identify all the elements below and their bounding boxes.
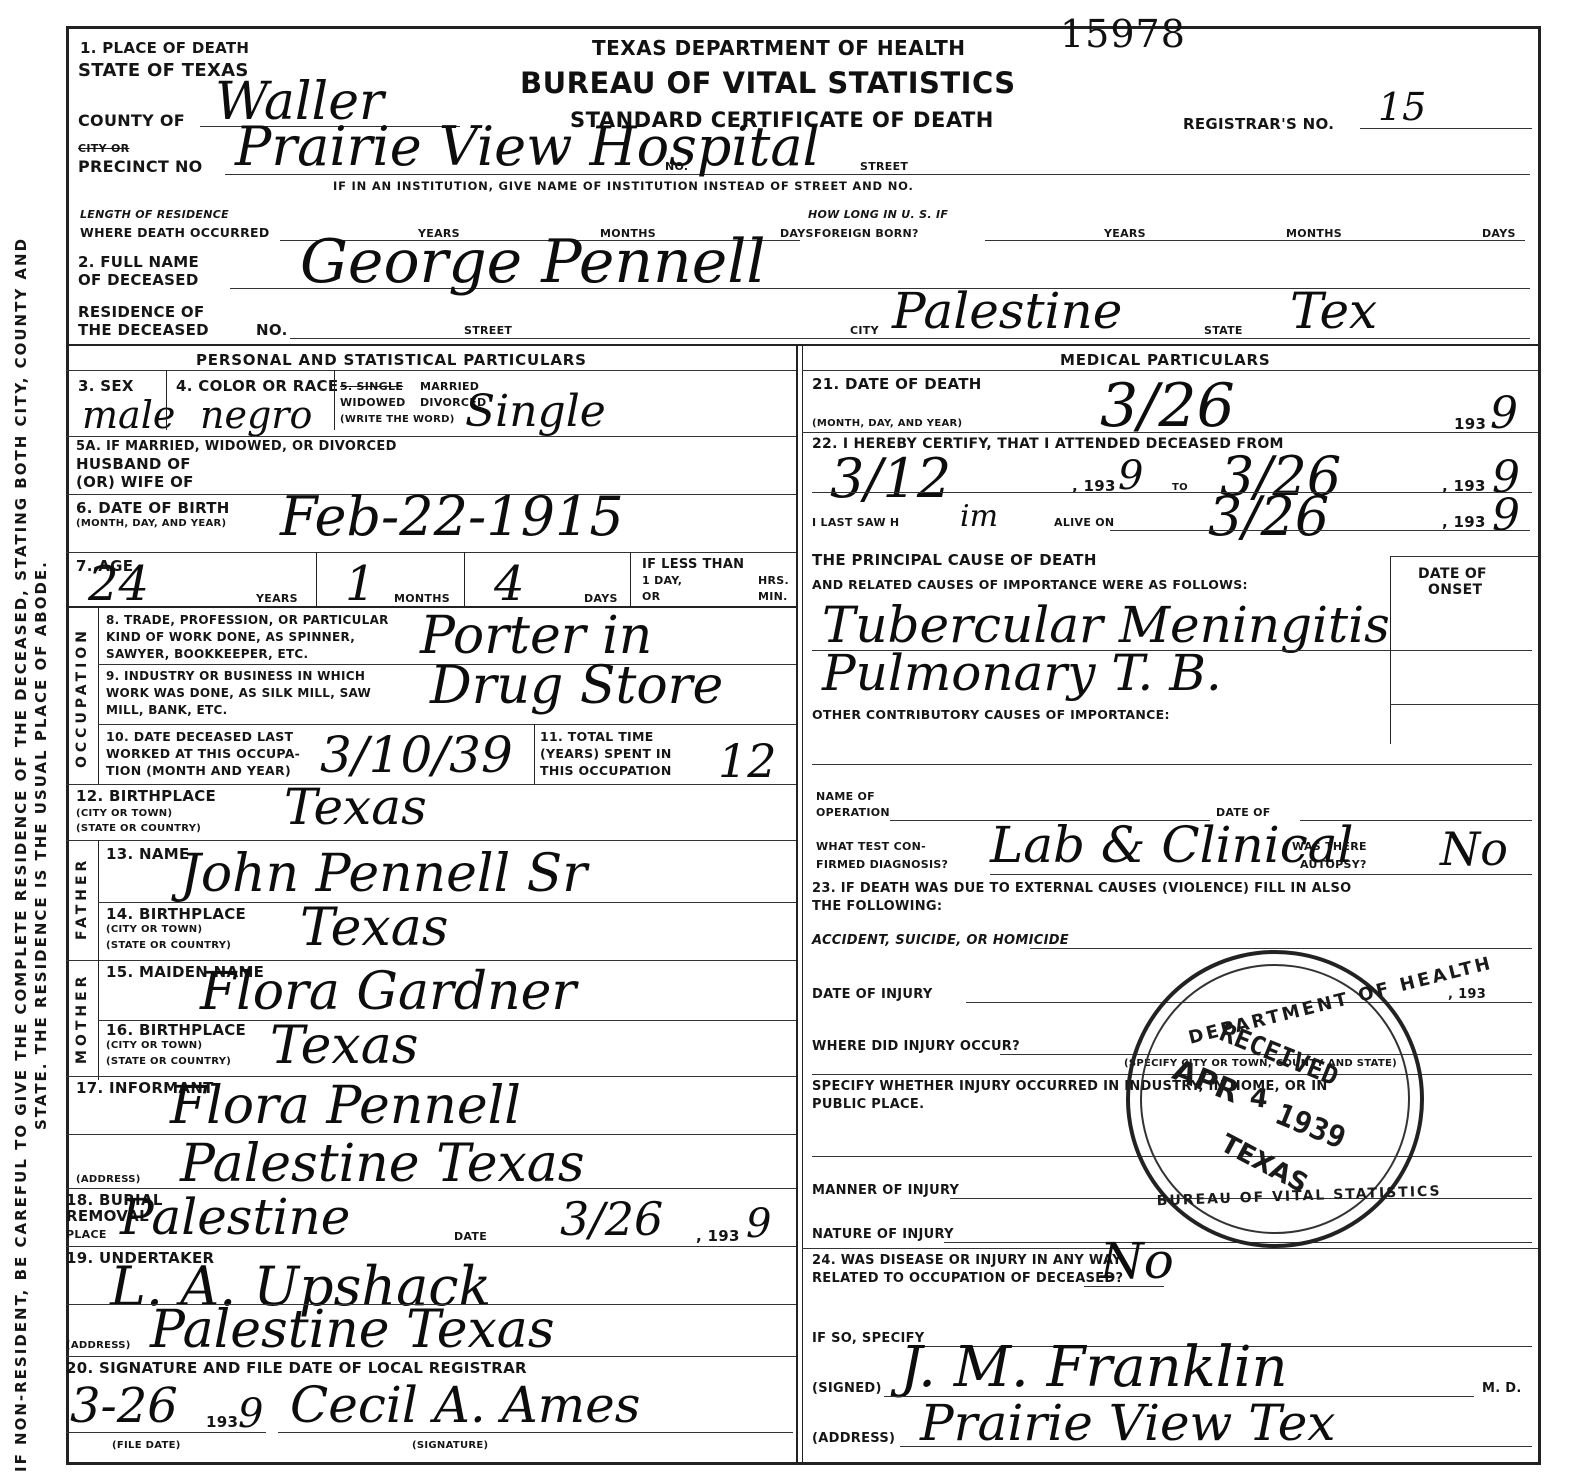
trade-label-2: KIND OF WORK DONE, AS SPINNER,	[106, 631, 355, 644]
contributory-label: OTHER CONTRIBUTORY CAUSES OF IMPORTANCE:	[812, 708, 1170, 721]
trade-label-3: SAWYER, BOOKKEEPER, ETC.	[106, 648, 308, 661]
institution-value: Prairie View Hospital	[235, 120, 820, 174]
bureau-title: BUREAU OF VITAL STATISTICS	[520, 66, 1016, 100]
precinct-label: PRECINCT NO	[78, 158, 203, 175]
column-divider	[796, 344, 798, 1462]
injury-date-label: DATE OF INJURY	[812, 988, 933, 1001]
father-name-label: 13. NAME	[106, 846, 190, 863]
husband-of-label: HUSBAND OF	[76, 456, 191, 473]
age-divider-3	[630, 552, 631, 606]
birthplace-underline	[66, 840, 796, 841]
injury-year: , 193	[1448, 988, 1486, 1001]
where-death-occurred-label: WHERE DEATH OCCURRED	[80, 226, 270, 239]
occupation-related-label-2: RELATED TO OCCUPATION OF DECEASED?	[812, 1272, 1123, 1285]
undertaker-address-value: Palestine Texas	[150, 1304, 555, 1356]
precinct-no-label: NO.	[665, 160, 688, 173]
manner-label: MANNER OF INJURY	[812, 1184, 959, 1197]
autopsy-label-1: WAS THERE	[1292, 840, 1367, 853]
physician-signature: J. M. Franklin	[900, 1340, 1288, 1396]
father-birthplace-value: Texas	[300, 902, 448, 954]
physician-address-underline	[900, 1446, 1532, 1447]
burial-date-value: 3/26	[560, 1196, 663, 1242]
death-date-underline	[802, 432, 1538, 433]
form-border-bottom	[66, 1462, 1541, 1465]
operation-label-1: NAME OF	[816, 790, 875, 803]
file-date-underline	[66, 1432, 266, 1433]
foreign-born-label: FOREIGN BORN?	[814, 227, 919, 240]
form-border-left	[66, 26, 69, 1463]
dob-sublabel: (MONTH, DAY, AND YEAR)	[76, 518, 226, 530]
father-side-divider	[98, 840, 99, 960]
age-days-value: 4	[494, 560, 525, 608]
industry-label-3: MILL, BANK, ETC.	[106, 704, 228, 717]
undertaker-address-underline	[66, 1356, 796, 1357]
us-months-label: MONTHS	[1286, 227, 1342, 240]
death-year-suffix: 9	[1490, 392, 1518, 436]
specify-label-2: PUBLIC PLACE.	[812, 1098, 924, 1111]
precinct-street-label: STREET	[860, 160, 908, 173]
undertaker-address-label: (ADDRESS)	[66, 1340, 131, 1352]
father-side-label: FATHER	[74, 857, 90, 940]
signed-label: (SIGNED)	[812, 1382, 882, 1395]
residence-street-label: STREET	[464, 324, 512, 337]
marital-note: (WRITE THE WORD)	[340, 414, 455, 426]
how-long-in-us-label: HOW LONG IN U. S. IF	[808, 208, 948, 221]
file-date-year-suffix: 9	[238, 1394, 263, 1434]
mother-birthplace-city: (CITY OR TOWN)	[106, 1040, 202, 1052]
informant-address-value: Palestine Texas	[180, 1138, 585, 1190]
cause-line-1: Tubercular Meningitis	[822, 600, 1390, 650]
residence-state-label: STATE	[1204, 324, 1243, 337]
department-title: TEXAS DEPARTMENT OF HEALTH	[592, 36, 966, 60]
file-date-caption: (FILE DATE)	[112, 1440, 181, 1452]
spouse-label: 5A. IF MARRIED, WIDOWED, OR DIVORCED	[76, 440, 397, 453]
less-than-label: IF LESS THAN	[642, 556, 744, 573]
industry-underline	[98, 724, 796, 725]
md-label: M. D.	[1482, 1382, 1522, 1395]
father-birthplace-label: 14. BIRTHPLACE	[106, 906, 246, 923]
last-worked-value: 3/10/39	[320, 730, 513, 780]
row-dob-underline	[66, 552, 796, 553]
county-label: COUNTY OF	[78, 112, 185, 129]
accident-underline	[1030, 948, 1532, 949]
cause-underline-2	[1390, 704, 1538, 705]
alive-on-label: ALIVE ON	[1054, 516, 1114, 529]
burial-place-label: PLACE	[66, 1228, 107, 1241]
total-time-label-3: THIS OCCUPATION	[540, 764, 672, 777]
registrar-signature-underline	[278, 1432, 793, 1433]
attended-underline	[812, 492, 1532, 493]
mother-birthplace-state: (STATE OR COUNTRY)	[106, 1056, 231, 1068]
father-name-value: John Pennell Sr	[180, 848, 587, 900]
registrar-label: REGISTRAR'S NO.	[1183, 116, 1334, 133]
external-label-2: THE FOLLOWING:	[812, 900, 942, 913]
last-worked-label-2: WORKED AT THIS OCCUPA-	[106, 747, 300, 760]
occupation-related-label-1: 24. WAS DISEASE OR INJURY IN ANY WAY	[812, 1254, 1122, 1267]
accident-label: ACCIDENT, SUICIDE, OR HOMICIDE	[812, 934, 1069, 947]
total-time-label-1: 11. TOTAL TIME	[540, 730, 654, 743]
last-saw-pronoun: im	[960, 502, 998, 532]
registrar-number: 15	[1378, 88, 1426, 126]
industry-label-1: 9. INDUSTRY OR BUSINESS IN WHICH	[106, 670, 365, 683]
of-deceased-label: OF DECEASED	[78, 272, 199, 289]
industry-label-2: WORK WAS DONE, AS SILK MILL, SAW	[106, 687, 371, 700]
informant-address-label: (ADDRESS)	[76, 1174, 141, 1186]
operation-label-2: OPERATION	[816, 806, 890, 819]
residence-city-value: Palestine	[892, 286, 1122, 336]
cause-label-1: THE PRINCIPAL CAUSE OF DEATH	[812, 552, 1097, 569]
registrar-signature-value: Cecil A. Ames	[290, 1380, 640, 1430]
age-days-label: DAYS	[584, 592, 618, 605]
trade-label-1: 8. TRADE, PROFESSION, OR PARTICULAR	[106, 614, 389, 627]
last-worked-label-1: 10. DATE DECEASED LAST	[106, 730, 293, 743]
test-underline	[990, 874, 1532, 875]
min-label: MIN.	[758, 590, 788, 603]
personal-title-underline	[66, 370, 796, 371]
residence-label: RESIDENCE OF	[78, 304, 205, 321]
sex-divider	[166, 370, 167, 430]
external-label-1: 23. IF DEATH WAS DUE TO EXTERNAL CAUSES …	[812, 882, 1352, 895]
the-deceased-label: THE DECEASED	[78, 322, 209, 339]
occupation-side-label: OCCUPATION	[74, 627, 90, 768]
from-year-suffix: 9	[1118, 456, 1143, 496]
age-divider-1	[316, 552, 317, 606]
father-birthplace-city: (CITY OR TOWN)	[106, 924, 202, 936]
registrar-signature-label: 20. SIGNATURE AND FILE DATE OF LOCAL REG…	[66, 1360, 527, 1377]
file-date-value: 3-26	[70, 1382, 178, 1430]
column-divider-2	[802, 344, 803, 1462]
last-saw-year-prefix: , 193	[1442, 514, 1486, 531]
signature-caption: (SIGNATURE)	[412, 1440, 488, 1452]
certificate-number: 15978	[1060, 12, 1186, 56]
death-date-label: 21. DATE OF DEATH	[812, 376, 982, 393]
burial-year-suffix: 9	[746, 1204, 771, 1244]
residence-underline	[290, 338, 1530, 339]
birthplace-city-sublabel: (CITY OR TOWN)	[76, 808, 172, 820]
total-time-value: 12	[718, 738, 777, 784]
attended-from-value: 3/12	[830, 452, 951, 506]
last-saw-label: I LAST SAW H	[812, 516, 899, 529]
autopsy-label-2: AUTOPSY?	[1300, 858, 1367, 871]
mother-birthplace-label: 16. BIRTHPLACE	[106, 1022, 246, 1039]
occupation-related-value: No	[1100, 1236, 1174, 1286]
age-months-label: MONTHS	[394, 592, 450, 605]
death-year-prefix: 193	[1454, 416, 1486, 433]
industry-value: Drug Store	[430, 660, 723, 712]
marital-single-label: 5. SINGLE	[340, 380, 403, 393]
race-divider	[334, 370, 335, 430]
wife-of-label: (OR) WIFE OF	[76, 474, 194, 491]
length-of-residence-label: LENGTH OF RESIDENCE	[80, 208, 229, 221]
birthplace-label: 12. BIRTHPLACE	[76, 788, 216, 805]
birthplace-state-sublabel: (STATE OR COUNTRY)	[76, 823, 201, 835]
received-stamp: DEPARTMENT OF HEALTH RECEIVED APR 4 1939…	[1107, 931, 1444, 1268]
city-or-label: CITY OR	[78, 142, 129, 155]
place-of-death-label: 1. PLACE OF DEATH	[80, 40, 249, 57]
one-day-label: 1 DAY,	[642, 574, 682, 587]
total-time-divider	[534, 724, 535, 784]
onset-label-2: ONSET	[1428, 582, 1482, 599]
full-name-label: 2. FULL NAME	[78, 254, 199, 271]
residence-state-value: Tex	[1290, 286, 1377, 336]
onset-top	[1390, 556, 1538, 557]
file-date-year-prefix: 193	[206, 1414, 238, 1431]
autopsy-value: No	[1440, 826, 1508, 872]
cause-line-2: Pulmonary T. B.	[822, 648, 1222, 698]
burial-place-value: Palestine	[120, 1192, 350, 1242]
mother-side-label: MOTHER	[74, 973, 90, 1064]
occupation-side-divider	[98, 606, 99, 784]
marital-widowed-label: WIDOWED	[340, 396, 406, 409]
form-border-top	[66, 26, 1541, 29]
physician-address-label: (ADDRESS)	[812, 1432, 895, 1445]
mother-birthplace-value: Texas	[270, 1020, 418, 1072]
where-injury-label: WHERE DID INJURY OCCUR?	[812, 1040, 1020, 1053]
test-label-1: WHAT TEST CON-	[816, 840, 926, 853]
length-days-label: DAYS	[780, 227, 814, 240]
dob-label: 6. DATE OF BIRTH	[76, 500, 230, 517]
father-birthplace-state: (STATE OR COUNTRY)	[106, 940, 231, 952]
age-years-value: 24	[88, 560, 149, 608]
residence-no-label: NO.	[256, 322, 288, 339]
onset-label-1: DATE OF	[1418, 566, 1487, 583]
death-date-sublabel: (MONTH, DAY, AND YEAR)	[812, 418, 962, 430]
residence-city-label: CITY	[850, 324, 879, 337]
birthplace-value: Texas	[284, 782, 427, 832]
age-years-label: YEARS	[256, 592, 298, 605]
contributory-underline	[812, 764, 1532, 765]
us-years-label: YEARS	[1104, 227, 1146, 240]
last-saw-year-suffix: 9	[1492, 494, 1520, 538]
occupation-related-underline	[1084, 1286, 1164, 1287]
us-days-label: DAYS	[1482, 227, 1516, 240]
informant-name-value: Flora Pennell	[170, 1080, 521, 1132]
trade-value: Porter in	[420, 610, 652, 662]
race-value: negro	[200, 396, 312, 434]
age-months-value: 1	[345, 560, 376, 608]
last-worked-label-3: TION (MONTH AND YEAR)	[106, 764, 291, 777]
or-label: OR	[642, 590, 660, 603]
last-saw-value: 3/26	[1208, 490, 1329, 544]
marital-value: Single	[465, 390, 606, 434]
death-date-value: 3/26	[1100, 376, 1235, 436]
burial-date-label: DATE	[454, 1230, 487, 1243]
personal-section-title: PERSONAL AND STATISTICAL PARTICULARS	[196, 352, 587, 369]
mother-name-value: Flora Gardner	[200, 966, 576, 1018]
test-label-2: FIRMED DIAGNOSIS?	[816, 858, 948, 871]
burial-underline	[66, 1246, 796, 1247]
burial-year-prefix: , 193	[696, 1228, 740, 1245]
medical-section-title: MEDICAL PARTICULARS	[1060, 352, 1270, 369]
total-time-label-2: (YEARS) SPENT IN	[540, 747, 672, 760]
sex-value: male	[82, 396, 175, 434]
age-divider-2	[464, 552, 465, 606]
row-sex-underline	[66, 436, 796, 437]
side-instruction-line2: STATE. THE RESIDENCE IS THE USUAL PLACE …	[32, 560, 50, 1130]
occupation-bottom	[66, 784, 796, 785]
hrs-label: HRS.	[758, 574, 789, 587]
form-border-right	[1538, 26, 1541, 1463]
institution-note: IF IN AN INSTITUTION, GIVE NAME OF INSTI…	[333, 180, 914, 192]
last-saw-underline	[1110, 530, 1530, 531]
cause-label-2: AND RELATED CAUSES OF IMPORTANCE WERE AS…	[812, 578, 1248, 591]
us-underline	[985, 240, 1525, 241]
full-name-value: George Pennell	[300, 232, 766, 292]
dob-value: Feb-22-1915	[280, 490, 624, 544]
physician-address-value: Prairie View Tex	[920, 1398, 1335, 1448]
nature-label: NATURE OF INJURY	[812, 1228, 954, 1241]
father-bottom	[66, 960, 796, 961]
side-instruction-line1: IF NON-RESIDENT, BE CAREFUL TO GIVE THE …	[12, 237, 30, 1472]
